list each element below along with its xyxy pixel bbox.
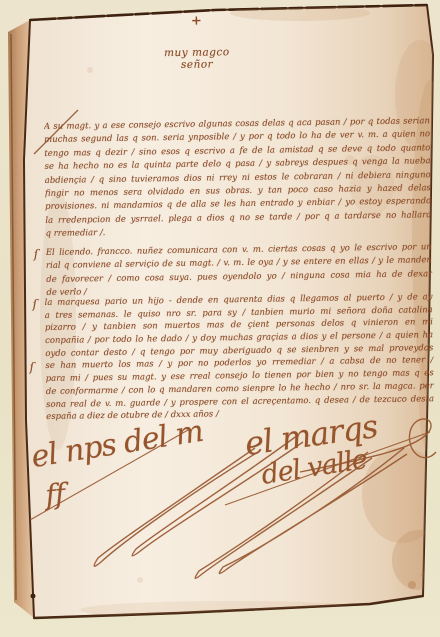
invocation-cross-icon: + [184,13,208,28]
paragraph-mark-icon: ſ [29,360,34,374]
salutation: muy magco señor [149,46,245,71]
paragraph-mark-icon: ſ [32,297,37,311]
signature-rubric-initials: ff [44,477,65,511]
paragraph-3: la marquesa pario un hijo - dende en qua… [44,291,434,424]
manuscript-photo: + muy magco señor ſ ſ ſ A su magt. y a e… [0,0,440,637]
letter-content: + muy magco señor ſ ſ ſ A su magt. y a e… [0,0,440,637]
paragraph-mark-icon: ſ [34,247,39,261]
paragraph-1: A su magt. y a ese consejo escrivo algun… [44,115,432,241]
